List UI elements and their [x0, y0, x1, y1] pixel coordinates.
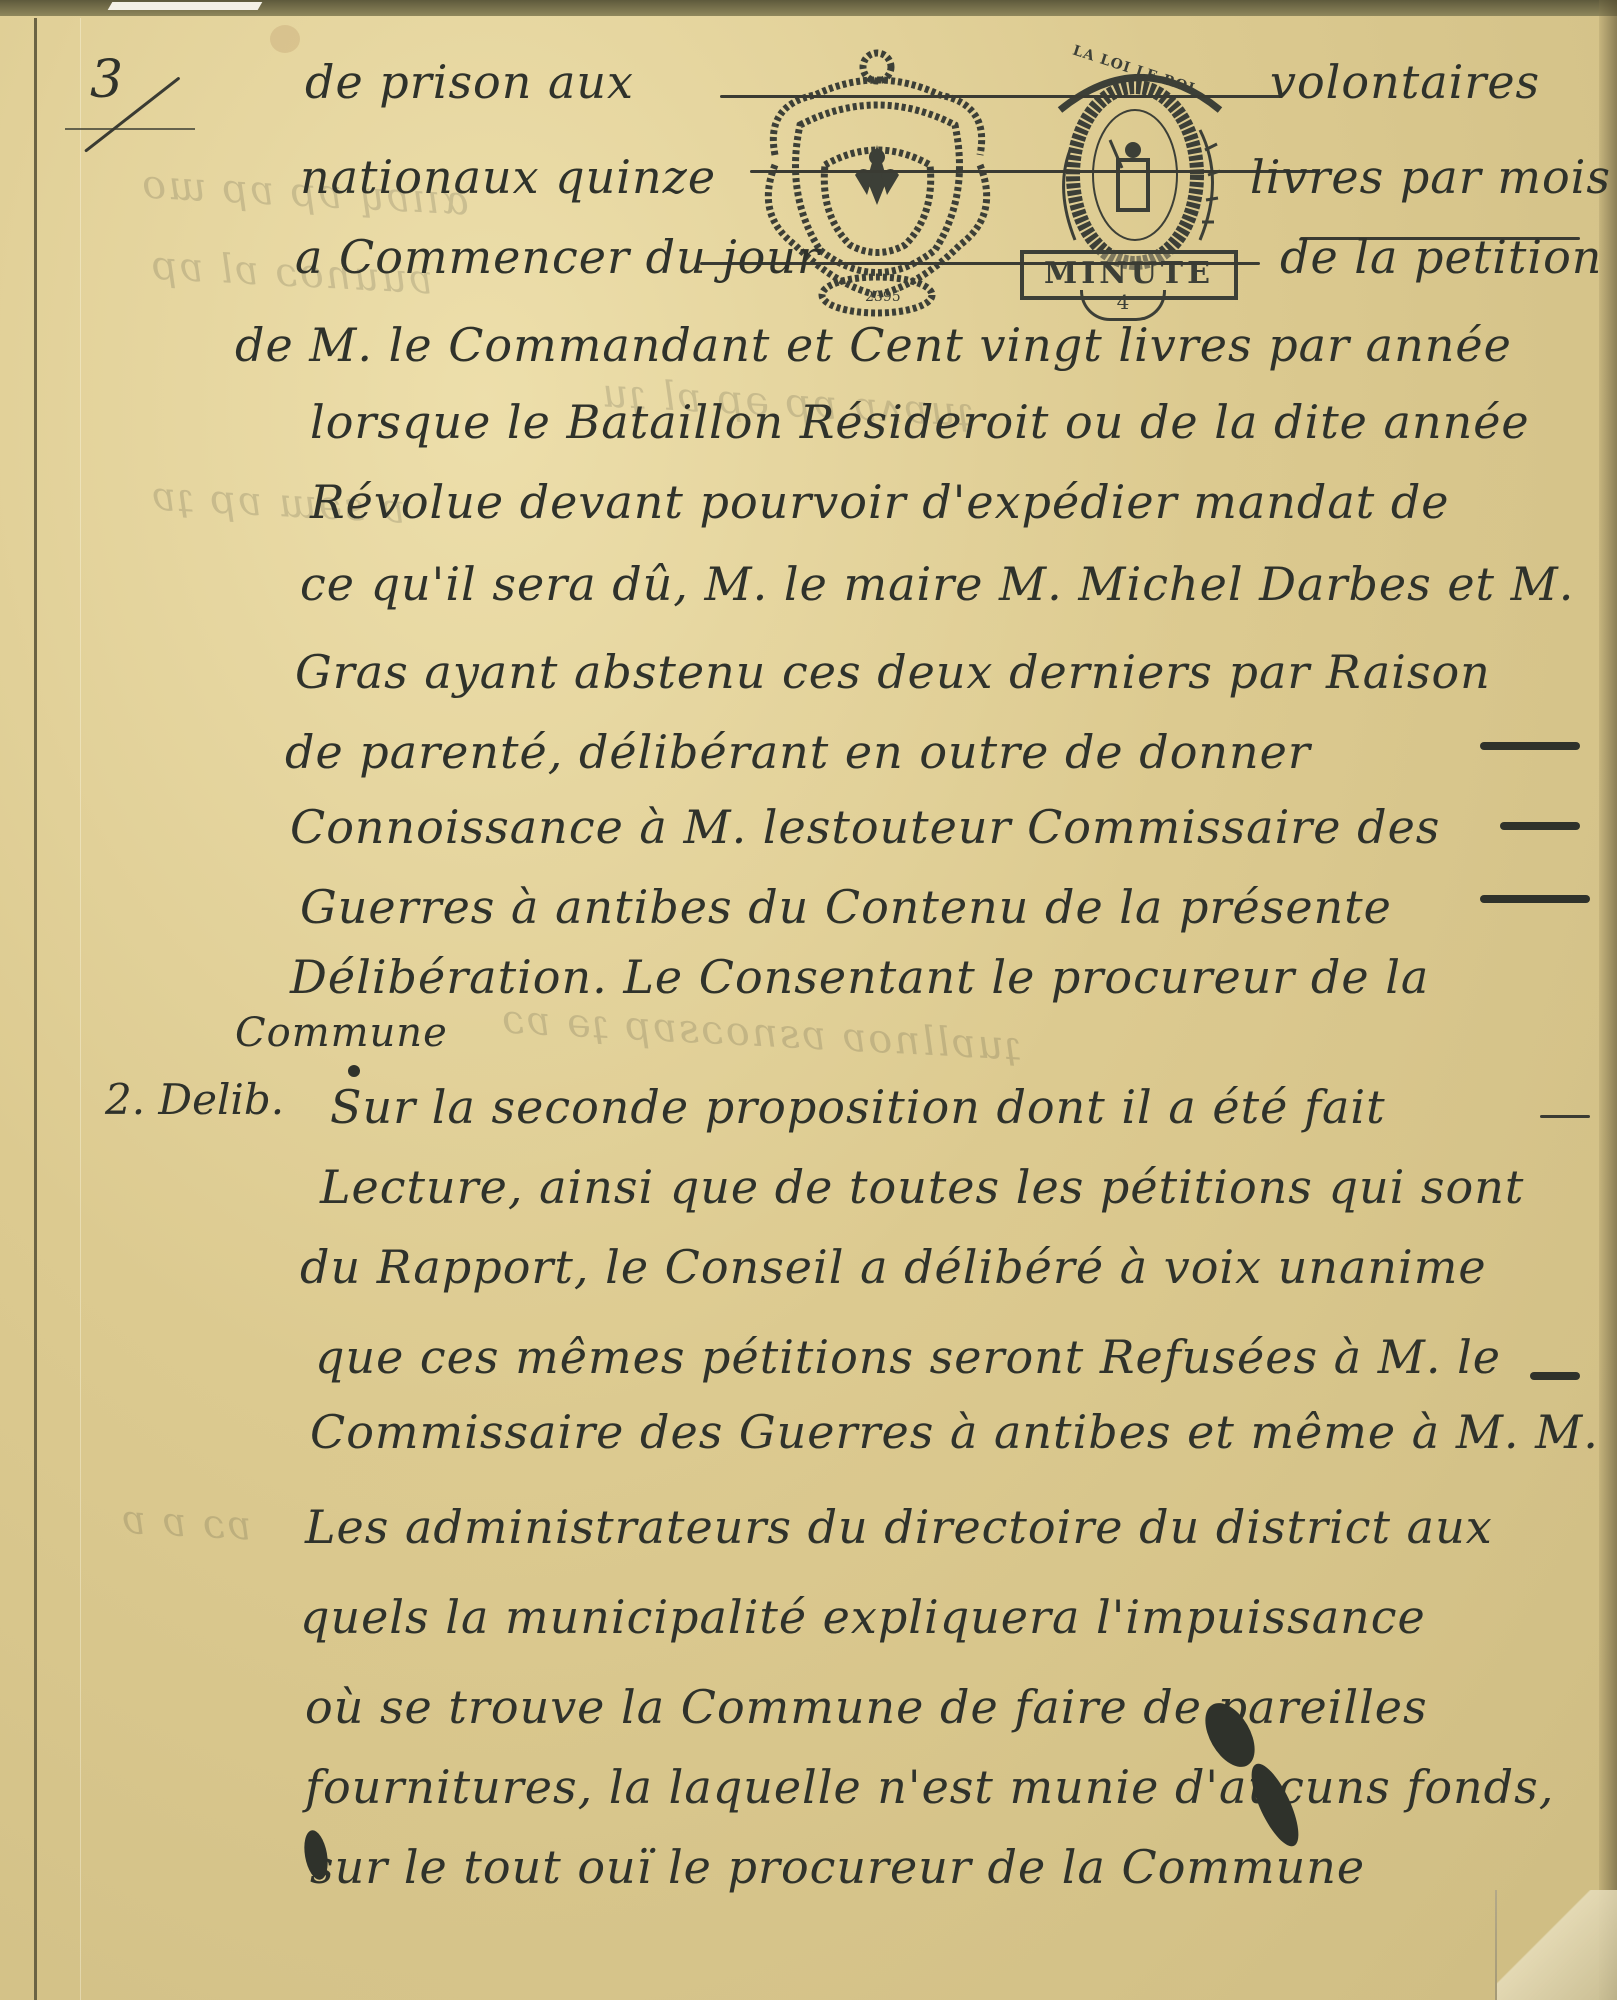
text-line-21: où se trouve la Commune de faire de pare… [305, 1680, 1428, 1734]
text-line-17: que ces mêmes pétitions seront Refusées … [315, 1330, 1501, 1384]
paper-crease [80, 18, 81, 2000]
text-line-3: a Commencer du jour [295, 230, 820, 284]
right-page-edge [1599, 0, 1617, 2000]
text-line-16: du Rapport, le Conseil a délibéré à voix… [300, 1240, 1487, 1294]
line-filler-dash [1480, 895, 1590, 903]
torn-corner [1495, 1890, 1617, 2000]
text-line-2: nationaux quinze [300, 150, 716, 204]
text-line-3-right: de la petition [1280, 230, 1602, 284]
margin-note-deliberation-2: 2. Delib. [105, 1075, 284, 1124]
text-line-2-right: livres par mois [1250, 150, 1611, 204]
text-line-8: Gras ayant abstenu ces deux derniers par… [295, 645, 1491, 699]
text-line-18: Commissaire des Guerres à antibes et mêm… [310, 1405, 1599, 1459]
folio-underline [65, 128, 195, 130]
text-line-19: Les administrateurs du directoire du dis… [305, 1500, 1493, 1554]
text-line-1: de prison aux [305, 55, 634, 109]
text-line-14: Sur la seconde proposition dont il a été… [330, 1080, 1386, 1134]
text-line-22: fournitures, la laquelle n'est munie d'a… [305, 1760, 1554, 1814]
line-filler-stroke [1540, 1115, 1590, 1118]
text-line-6: Révolue devant pourvoir d'expédier manda… [310, 475, 1450, 529]
folio-number: 3 [90, 50, 123, 110]
stamp-cancel-line [750, 170, 1320, 173]
text-line-1-right: volontaires [1270, 55, 1540, 109]
svg-text:2395: 2395 [865, 289, 901, 305]
text-line-13: Commune [235, 1010, 448, 1056]
top-edge-binding [0, 0, 1617, 16]
seated-figure-seal-icon [1040, 50, 1240, 270]
text-line-23: sur le tout ouï le procureur de la Commu… [310, 1840, 1365, 1894]
text-line-10: Connoissance à M. lestouteur Commissaire… [290, 800, 1440, 854]
bleed-through-text: ʇuɐllnoɐ ɐsnoɔsɐp ʇǝ ɐɔ [499, 996, 1022, 1069]
text-line-7: ce qu'il sera dû, M. le maire M. Michel … [300, 557, 1574, 611]
line-filler-dash [1480, 742, 1580, 750]
margin-fold-line [34, 18, 37, 2000]
text-line-4: de M. le Commandant et Cent vingt livres… [235, 318, 1512, 372]
bleed-through-text: ɐɔ ɐ ɐ [119, 1497, 253, 1550]
foxing-stain [270, 25, 300, 53]
line-filler-dash [1530, 1372, 1580, 1380]
stamp-cancel-line [720, 95, 1280, 98]
text-line-5: lorsque le Bataillon Résideroit ou de la… [310, 395, 1530, 449]
text-line-12: Délibération. Le Consentant le procureur… [290, 950, 1429, 1004]
text-line-15: Lecture, ainsi que de toutes les pétitio… [320, 1160, 1524, 1214]
ink-dot [348, 1065, 360, 1077]
manuscript-page: ɑııɐɥ ɐp ɐp ɯo ɐuunoɔ ɐl ɐp ɐ sǝɯ ɐp ʇɐ … [0, 0, 1617, 2000]
text-line-9: de parenté, délibérant en outre de donne… [285, 725, 1311, 779]
line-filler-dash [1500, 822, 1580, 830]
text-line-11: Guerres à antibes du Contenu de la prése… [300, 880, 1392, 934]
text-line-20: quels la municipalité expliquera l'impui… [300, 1590, 1426, 1644]
